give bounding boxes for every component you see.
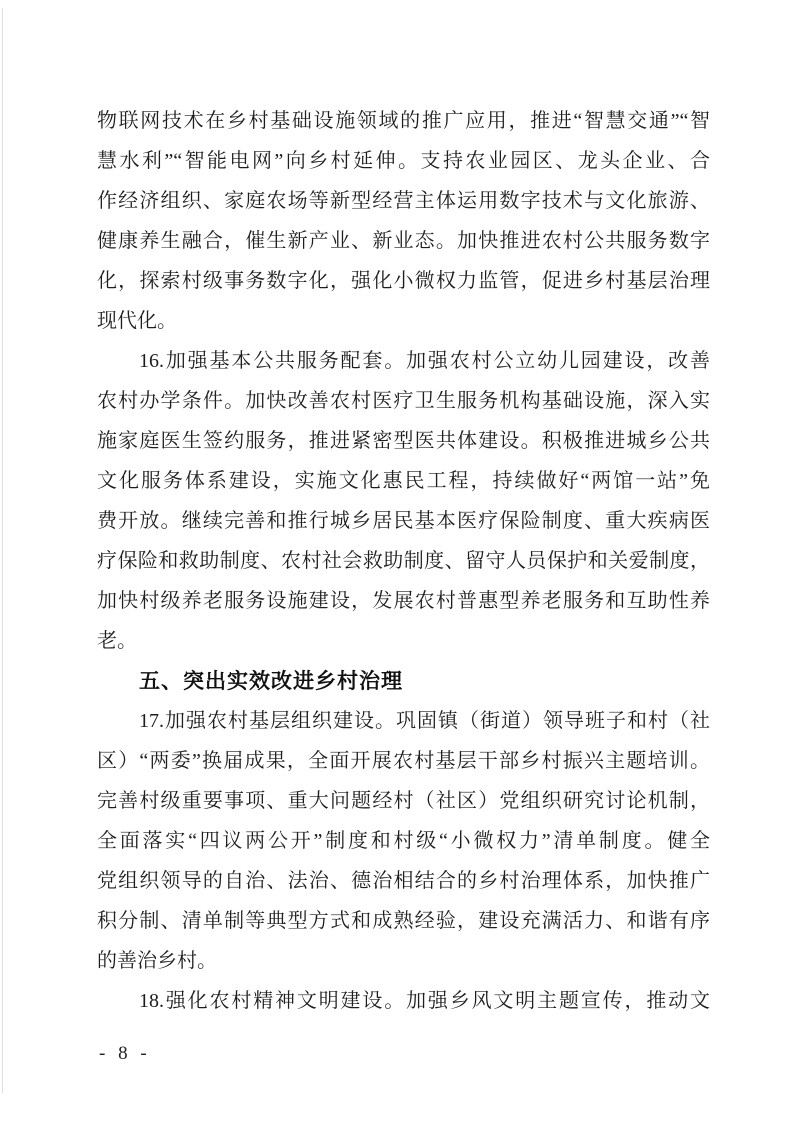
document-text-block: 物联网技术在乡村基础设施领域的推广应用，推进“智慧交通”“智慧水利”“智能电网”… (97, 101, 710, 1021)
text-line: 物联网技术在乡村基础设施领域的推广应用，推进“智慧交通”“智 (97, 101, 710, 141)
text-line: 16.加强基本公共服务配套。加强农村公立幼儿园建设，改善 (97, 341, 710, 381)
text-line: 区）“两委”换届成果，全面开展农村基层干部乡村振兴主题培训。 (97, 741, 710, 781)
text-line: 作经济组织、家庭农场等新型经营主体运用数字技术与文化旅游、 (97, 181, 710, 221)
text-line: 老。 (97, 621, 710, 661)
text-line: 农村办学条件。加快改善农村医疗卫生服务机构基础设施，深入实 (97, 381, 710, 421)
paragraph-item-16-public-services: 16.加强基本公共服务配套。加强农村公立幼儿园建设，改善农村办学条件。加快改善农… (97, 341, 710, 661)
text-line: 加快村级养老服务设施建设，发展农村普惠型养老服务和互助性养 (97, 581, 710, 621)
document-page: 物联网技术在乡村基础设施领域的推广应用，推进“智慧交通”“智慧水利”“智能电网”… (0, 0, 793, 1122)
scan-edge-artifact (2, 8, 3, 1093)
text-line: 慧水利”“智能电网”向乡村延伸。支持农业园区、龙头企业、合 (97, 141, 710, 181)
paragraph-digital-village-continuation: 物联网技术在乡村基础设施领域的推广应用，推进“智慧交通”“智慧水利”“智能电网”… (97, 101, 710, 341)
text-line: 健康养生融合，催生新产业、新业态。加快推进农村公共服务数字 (97, 221, 710, 261)
paragraph-item-18-spiritual-civilization: 18.强化农村精神文明建设。加强乡风文明主题宣传，推动文 (97, 981, 710, 1021)
paragraph-item-17-grassroots-organization: 17.加强农村基层组织建设。巩固镇（街道）领导班子和村（社区）“两委”换届成果，… (97, 701, 710, 981)
text-line: 的善治乡村。 (97, 941, 710, 981)
text-line: 化，探索村级事务数字化，强化小微权力监管，促进乡村基层治理 (97, 261, 710, 301)
section-heading-5-rural-governance: 五、突出实效改进乡村治理 (97, 661, 710, 701)
page-number: - 8 - (99, 1040, 151, 1068)
text-line: 17.加强农村基层组织建设。巩固镇（街道）领导班子和村（社 (97, 701, 710, 741)
text-line: 18.强化农村精神文明建设。加强乡风文明主题宣传，推动文 (97, 981, 710, 1021)
text-line: 文化服务体系建设，实施文化惠民工程，持续做好“两馆一站”免 (97, 461, 710, 501)
text-line: 费开放。继续完善和推行城乡居民基本医疗保险制度、重大疾病医 (97, 501, 710, 541)
text-line: 现代化。 (97, 301, 710, 341)
text-line: 积分制、清单制等典型方式和成熟经验，建设充满活力、和谐有序 (97, 901, 710, 941)
text-line: 施家庭医生签约服务，推进紧密型医共体建设。积极推进城乡公共 (97, 421, 710, 461)
text-line: 党组织领导的自治、法治、德治相结合的乡村治理体系，加快推广 (97, 861, 710, 901)
section-heading-text: 五、突出实效改进乡村治理 (97, 661, 710, 701)
text-line: 全面落实“四议两公开”制度和村级“小微权力”清单制度。健全 (97, 821, 710, 861)
text-line: 疗保险和救助制度、农村社会救助制度、留守人员保护和关爱制度， (97, 541, 710, 581)
text-line: 完善村级重要事项、重大问题经村（社区）党组织研究讨论机制， (97, 781, 710, 821)
